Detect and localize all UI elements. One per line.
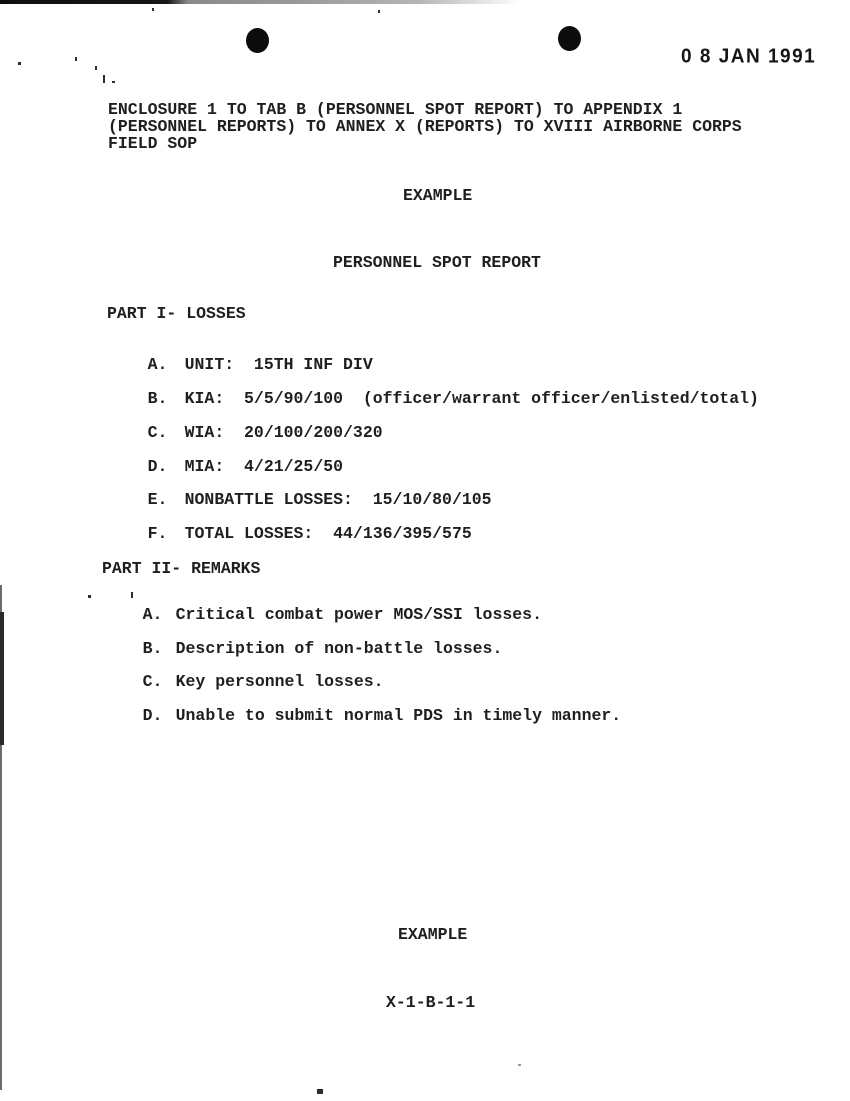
item-letter: D. [148,458,185,475]
scan-speck [518,1064,521,1066]
scan-speck [378,10,380,13]
item-letter: F. [148,525,185,542]
part1-item-f: F.TOTAL LOSSES: 44/136/395/575 [108,508,472,560]
part2-item-d: D.Unable to submit normal PDS in timely … [103,690,621,742]
scan-speck [88,595,91,598]
scan-speck [95,66,97,70]
item-letter: C. [143,673,176,690]
header-line-3: FIELD SOP [108,135,197,152]
hole-punch-dot-right [558,26,581,51]
item-text: UNIT: 15TH INF DIV [185,355,373,374]
scan-speck [75,57,77,61]
page-number: X-1-B-1-1 [386,994,475,1011]
scan-speck [317,1089,323,1094]
item-letter: A. [143,606,176,623]
item-text: TOTAL LOSSES: 44/136/395/575 [185,524,472,543]
item-text: NONBATTLE LOSSES: 15/10/80/105 [185,490,492,509]
report-title: PERSONNEL SPOT REPORT [333,254,541,271]
part2-heading: PART II- REMARKS [102,560,260,577]
scan-speck [103,75,105,83]
date-stamp: 0 8 JAN 1991 [681,45,816,68]
item-letter: B. [148,390,185,407]
item-text: KIA: 5/5/90/100 (officer/warrant officer… [185,389,759,408]
item-letter: E. [148,491,185,508]
example-label-bottom: EXAMPLE [398,926,467,943]
item-text: Key personnel losses. [176,672,384,691]
item-text: Critical combat power MOS/SSI losses. [176,605,542,624]
scan-left-edge-dark-artifact [0,612,4,745]
item-text: WIA: 20/100/200/320 [185,423,383,442]
item-letter: B. [143,640,176,657]
scan-top-edge-artifact [0,0,522,4]
scan-speck [112,81,115,83]
scan-speck [152,8,154,11]
header-line-2: (PERSONNEL REPORTS) TO ANNEX X (REPORTS)… [108,118,742,135]
scan-speck [18,62,21,65]
scanned-document-page: 0 8 JAN 1991 ENCLOSURE 1 TO TAB B (PERSO… [0,0,850,1101]
item-text: Unable to submit normal PDS in timely ma… [176,706,622,725]
example-label-top: EXAMPLE [403,187,472,204]
hole-punch-dot-left [246,28,269,53]
item-letter: C. [148,424,185,441]
item-letter: A. [148,356,185,373]
part1-heading: PART I- LOSSES [107,305,246,322]
item-letter: D. [143,707,176,724]
header-line-1: ENCLOSURE 1 TO TAB B (PERSONNEL SPOT REP… [108,101,682,118]
